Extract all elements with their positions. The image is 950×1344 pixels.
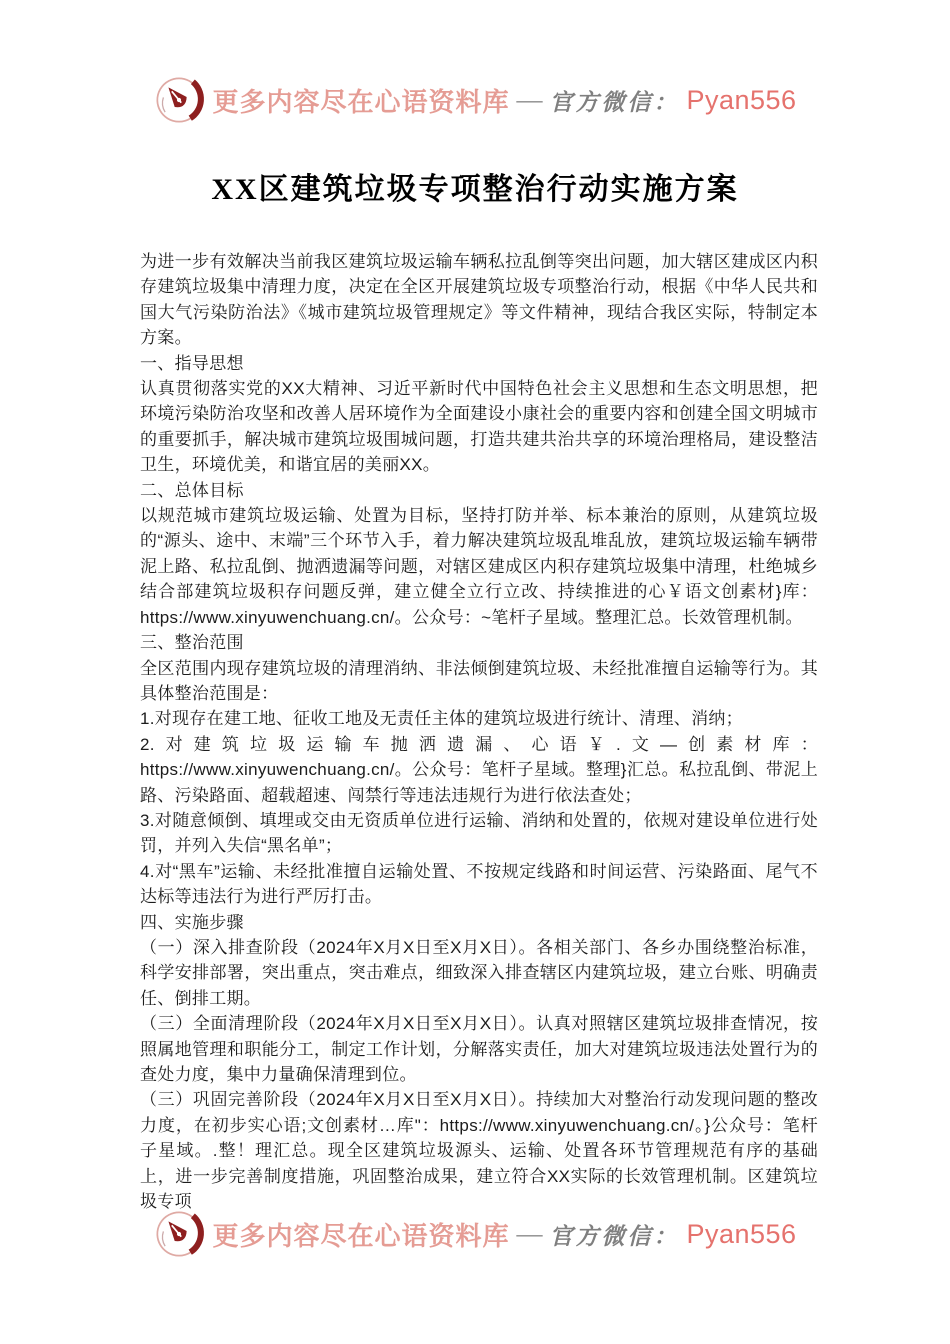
paragraph-scope-item-1: 1.对现存在建工地、征收工地及无责任主体的建筑垃圾进行统计、清理、消纳； <box>140 706 818 731</box>
heading-overall-goal: 二、总体目标 <box>140 478 818 503</box>
pen-logo-icon <box>153 74 205 126</box>
heading-implementation-steps: 四、实施步骤 <box>140 910 818 935</box>
paragraph-step-3: （三）巩固完善阶段（2024年X月X日至X月X日）。持续加大对整治行动发现问题的… <box>140 1087 818 1214</box>
document-title: XX区建筑垃圾专项整治行动实施方案 <box>0 164 950 208</box>
brand-wechat-id: Pyan556 <box>686 1219 796 1250</box>
paragraph-scope-item-3: 3.对随意倾倒、填埋或交由无资质单位进行运输、消纳和处置的，依规对建设单位进行处… <box>140 808 818 859</box>
paragraph-scope-item-4: 4.对“黑车”运输、未经批准擅自运输处置、不按规定线路和时间运营、污染路面、尾气… <box>140 859 818 910</box>
pen-logo-icon <box>153 1208 205 1260</box>
brand-wechat-id: Pyan556 <box>686 85 796 116</box>
paragraph-step-2: （三）全面清理阶段（2024年X月X日至X月X日）。认真对照辖区建筑垃圾排查情况… <box>140 1011 818 1087</box>
paragraph-scope-intro: 全区范围内现存建筑垃圾的清理消纳、非法倾倒建筑垃圾、未经批准擅自运输等行为。其具… <box>140 656 818 707</box>
document-page: 更多内容尽在心语资料库—官方微信： Pyan556 XX区建筑垃圾专项整治行动实… <box>0 0 950 1344</box>
brand-wechat-label: 官方微信： <box>549 1218 679 1251</box>
heading-scope: 三、整治范围 <box>140 630 818 655</box>
heading-guiding-ideology: 一、指导思想 <box>140 351 818 376</box>
paragraph-scope-item-2: 2.对建筑垃圾运输车抛洒遗漏、心语￥.文—创素材库：https://www.xi… <box>140 732 818 808</box>
brand-wechat-label: 官方微信： <box>549 84 679 117</box>
brand-library-text: 更多内容尽在心语资料库 <box>212 82 509 119</box>
footer-brand: 更多内容尽在心语资料库—官方微信： Pyan556 <box>0 1208 950 1260</box>
header-brand: 更多内容尽在心语资料库—官方微信： Pyan556 <box>0 74 950 126</box>
brand-library-text: 更多内容尽在心语资料库 <box>212 1216 509 1253</box>
brand-separator: — <box>516 85 542 115</box>
paragraph-overall-goal: 以规范城市建筑垃圾运输、处置为目标，坚持打防并举、标本兼治的原则，从建筑垃圾的“… <box>140 503 818 630</box>
paragraph-guiding-ideology: 认真贯彻落实党的XX大精神、习近平新时代中国特色社会主义思想和生态文明思想，把环… <box>140 376 818 478</box>
brand-separator: — <box>516 1219 542 1249</box>
paragraph-intro: 为进一步有效解决当前我区建筑垃圾运输车辆私拉乱倒等突出问题，加大辖区建成区内积存… <box>140 249 818 351</box>
paragraph-step-1: （一）深入排查阶段（2024年X月X日至X月X日）。各相关部门、各乡办围绕整治标… <box>140 935 818 1011</box>
document-body: 为进一步有效解决当前我区建筑垃圾运输车辆私拉乱倒等突出问题，加大辖区建成区内积存… <box>140 249 818 1214</box>
